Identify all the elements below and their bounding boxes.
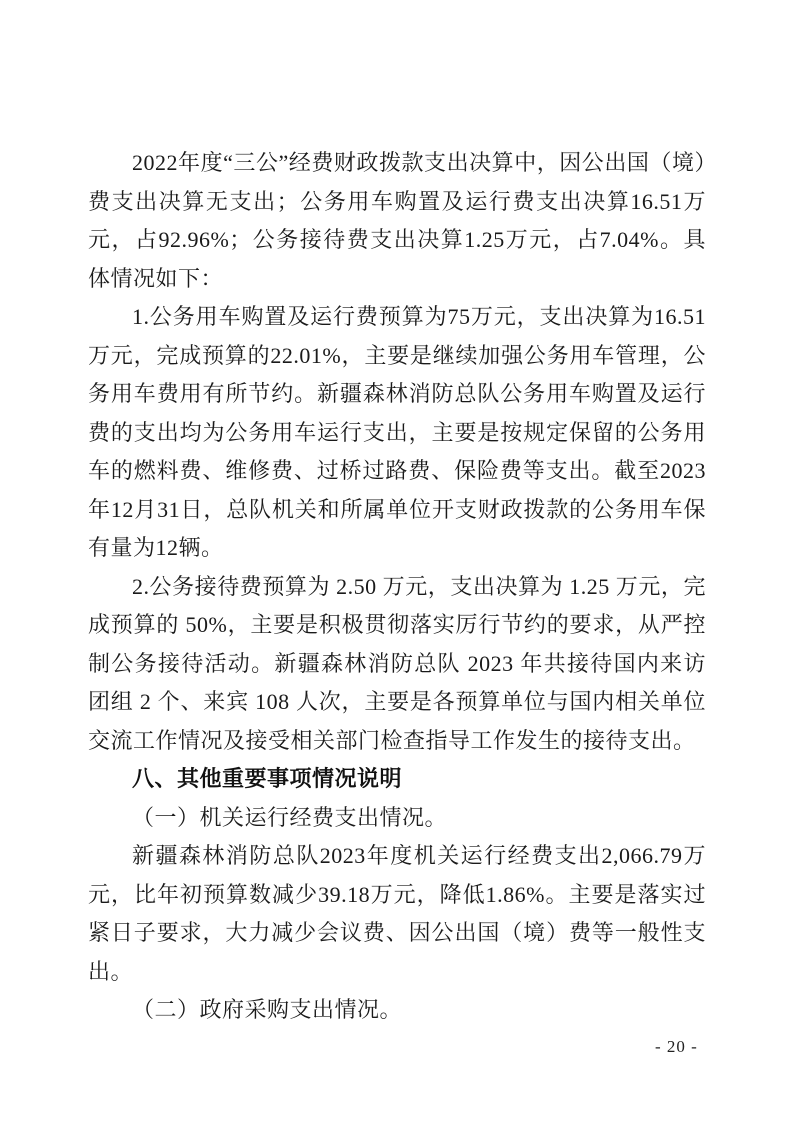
page-number: - 20 -: [655, 1036, 698, 1058]
page-content: 2022年度“三公”经费财政拨款支出决算中，因公出国（境）费支出决算无支出；公务…: [88, 144, 706, 1030]
sub-heading: （一）机关运行经费支出情况。: [88, 799, 706, 838]
body-paragraph: 2022年度“三公”经费财政拨款支出决算中，因公出国（境）费支出决算无支出；公务…: [88, 144, 706, 298]
sub-heading: （二）政府采购支出情况。: [88, 991, 706, 1030]
body-paragraph: 1.公务用车购置及运行费预算为75万元，支出决算为16.51万元，完成预算的22…: [88, 298, 706, 568]
body-paragraph: 2.公务接待费预算为 2.50 万元，支出决算为 1.25 万元，完成预算的 5…: [88, 568, 706, 761]
document-page: 2022年度“三公”经费财政拨款支出决算中，因公出国（境）费支出决算无支出；公务…: [0, 0, 793, 1122]
section-heading: 八、其他重要事项情况说明: [88, 760, 706, 799]
body-paragraph: 新疆森林消防总队2023年度机关运行经费支出2,066.79万元，比年初预算数减…: [88, 837, 706, 991]
